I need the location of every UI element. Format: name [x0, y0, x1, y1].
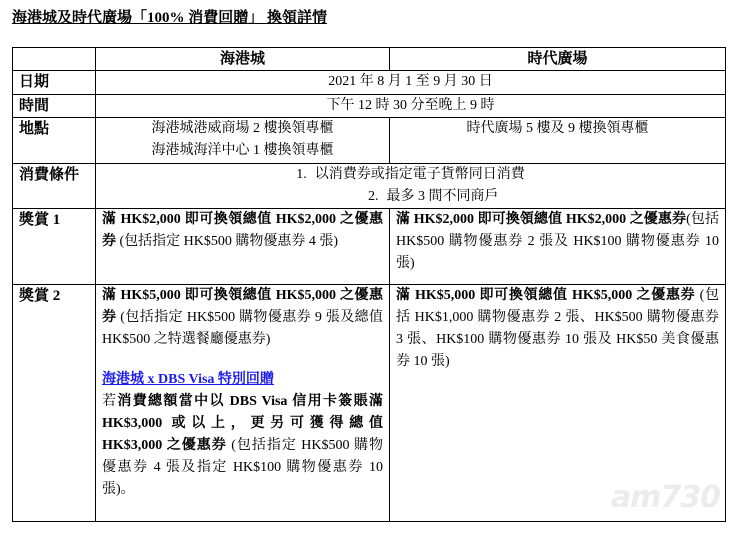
location-harbour-city-line-2: 海港城海洋中心 1 樓換領專櫃 [102, 140, 383, 162]
condition-item: 1.以消費券或指定電子貨幣同日消費 [102, 164, 719, 186]
location-harbour-city: 海港城港威商場 2 樓換領專櫃 海港城海洋中心 1 樓換領專櫃 [96, 118, 390, 164]
dbs-visa-special-link[interactable]: 海港城 x DBS Visa 特別回贈 [102, 369, 383, 391]
row-label-reward-2: 獎賞 2 [13, 285, 96, 522]
date-value: 2021 年 8 月 1 至 9 月 30 日 [96, 71, 726, 95]
row-label-reward-1: 獎賞 1 [13, 209, 96, 285]
redemption-details-table: 海港城 時代廣場 日期 2021 年 8 月 1 至 9 月 30 日 時間 下… [12, 47, 726, 522]
conditions-list: 1.以消費券或指定電子貨幣同日消費 2.最多 3 間不同商戶 [96, 164, 726, 209]
table-row-time: 時間 下午 12 時 30 分至晚上 9 時 [13, 95, 726, 118]
location-harbour-city-line-1: 海港城港威商場 2 樓換領專櫃 [102, 118, 383, 140]
table-row-location: 地點 海港城港威商場 2 樓換領專櫃 海港城海洋中心 1 樓換領專櫃 時代廣場 … [13, 118, 726, 164]
location-times-square: 時代廣場 5 樓及 9 樓換領專櫃 [390, 118, 726, 164]
time-value: 下午 12 時 30 分至晚上 9 時 [96, 95, 726, 118]
row-label-location: 地點 [13, 118, 96, 164]
reward-2-harbour-city: 滿 HK$5,000 即可換領總值 HK$5,000 之優惠券 (包括指定 HK… [96, 285, 390, 522]
header-times-square: 時代廣場 [390, 48, 726, 71]
table-header-row: 海港城 時代廣場 [13, 48, 726, 71]
row-label-time: 時間 [13, 95, 96, 118]
row-label-conditions: 消費條件 [13, 164, 96, 209]
table-row-conditions: 消費條件 1.以消費券或指定電子貨幣同日消費 2.最多 3 間不同商戶 [13, 164, 726, 209]
row-label-date: 日期 [13, 71, 96, 95]
document-title: 海港城及時代廣場「100% 消費回贈」 換領詳情 [12, 6, 327, 27]
reward-1-times-square: 滿 HK$2,000 即可換領總值 HK$2,000 之優惠券(包括 HK$50… [390, 209, 726, 285]
header-empty-cell [13, 48, 96, 71]
table-row-date: 日期 2021 年 8 月 1 至 9 月 30 日 [13, 71, 726, 95]
am730-watermark-logo: am730 [611, 480, 720, 515]
reward-1-harbour-city: 滿 HK$2,000 即可換領總值 HK$2,000 之優惠券 (包括指定 HK… [96, 209, 390, 285]
table-row-reward-1: 獎賞 1 滿 HK$2,000 即可換領總值 HK$2,000 之優惠券 (包括… [13, 209, 726, 285]
condition-item: 2.最多 3 間不同商戶 [102, 186, 719, 208]
dbs-visa-offer-text: 若消費總額當中以 DBS Visa 信用卡簽賬滿 HK$3,000 或以上，更另… [102, 391, 383, 501]
header-harbour-city: 海港城 [96, 48, 390, 71]
